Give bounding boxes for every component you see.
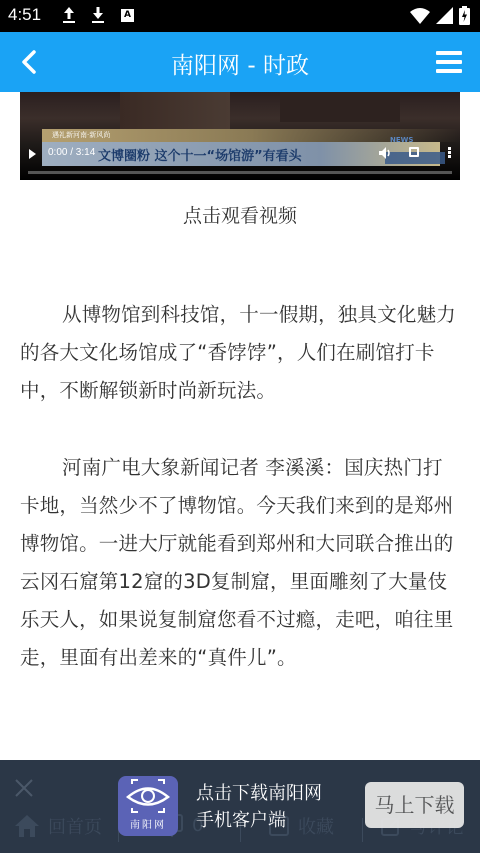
- article-paragraph: 从博物馆到科技馆，十一假期，独具文化魅力的各大文化场馆成了“香饽饽”，人们在刷馆…: [20, 296, 460, 410]
- hamburger-line: [436, 60, 462, 64]
- status-time: 4:51: [8, 5, 41, 25]
- video-player[interactable]: 遇礼新河南·新风尚 文博圈粉 这个十一“场馆游”有看头 NEWS 0:00 / …: [20, 92, 460, 180]
- logo-text: 南阳网: [118, 816, 178, 831]
- video-link-caption[interactable]: 点击观看视频: [0, 201, 480, 228]
- banner-line1: 点击下载南阳网: [196, 780, 322, 807]
- hamburger-menu-icon: [436, 51, 462, 55]
- hamburger-line: [436, 69, 462, 73]
- status-right-icons: [410, 6, 470, 25]
- download-now-button[interactable]: 马上下载: [365, 782, 464, 828]
- page-title: 南阳网 - 时政: [0, 47, 480, 80]
- eye-logo-icon: [118, 778, 178, 818]
- banner-line2: 手机客户端: [196, 807, 322, 834]
- signal-icon: [436, 7, 453, 24]
- more-options-icon[interactable]: [448, 147, 451, 159]
- video-progress-bar[interactable]: [28, 171, 452, 174]
- play-icon[interactable]: [29, 149, 36, 159]
- status-bar: 4:51 A: [0, 0, 480, 32]
- banner-text: 点击下载南阳网 手机客户端: [196, 780, 322, 834]
- article-paragraph: 河南广电大象新闻记者 李溪溪：国庆热门打卡地，当然少不了博物馆。今天我们来到的是…: [20, 449, 460, 677]
- download-banner: 南阳网 点击下载南阳网 手机客户端 马上下载: [0, 760, 480, 830]
- volume-icon[interactable]: [379, 147, 393, 159]
- download-icon: [91, 6, 105, 24]
- close-banner-button[interactable]: [14, 778, 34, 798]
- upload-icon: [62, 6, 76, 24]
- news-label: NEWS: [390, 136, 413, 144]
- wifi-icon: [410, 7, 430, 25]
- video-caption: 文博圈粉 这个十一“场馆游”有看头: [98, 145, 302, 164]
- a-notification-icon: A: [121, 9, 134, 22]
- video-frame-decor: [280, 92, 400, 122]
- fullscreen-icon[interactable]: [409, 147, 419, 157]
- video-time: 0:00 / 3:14: [48, 147, 95, 158]
- battery-charging-icon: [459, 6, 470, 25]
- app-logo[interactable]: 南阳网: [118, 776, 178, 836]
- close-icon: [14, 778, 34, 798]
- app-bar: 南阳网 - 时政: [0, 32, 480, 92]
- menu-button[interactable]: [436, 51, 462, 73]
- video-frame-decor: [120, 92, 230, 132]
